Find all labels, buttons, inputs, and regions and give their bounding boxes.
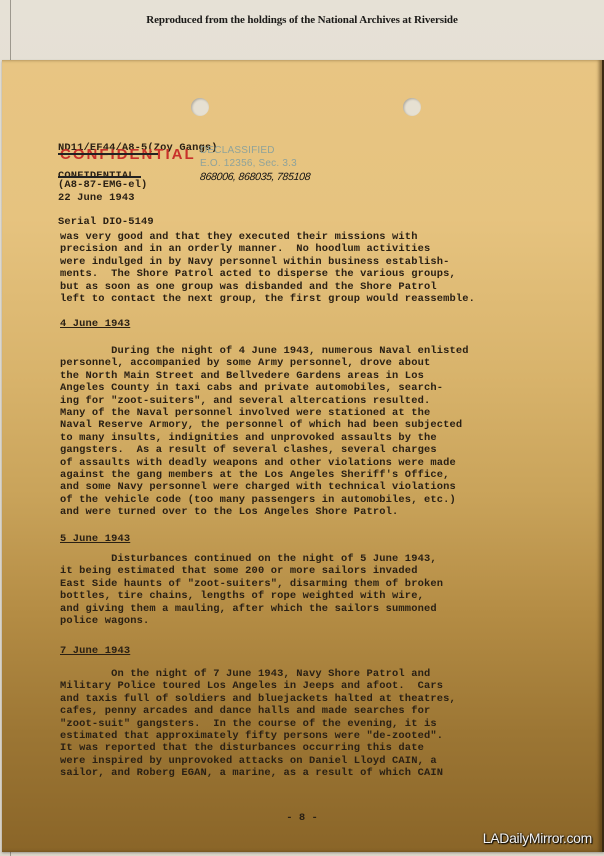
archive-header-note: Reproduced from the holdings of the Nati… xyxy=(0,14,604,26)
section-body: During the night of 4 June 1943, numerou… xyxy=(60,345,469,519)
strike-through-line xyxy=(58,176,141,178)
confidential-red-stamp: CONFIDENTIAL xyxy=(60,147,196,163)
page-number: - 8 - xyxy=(0,812,604,824)
section-body: Disturbances continued on the night of 5… xyxy=(60,553,443,627)
document-date: 22 June 1943 xyxy=(58,192,135,204)
section-body: On the night of 7 June 1943, Navy Shore … xyxy=(60,668,456,780)
declassified-stamp: DECLASSIFIED E.O. 12356, Sec. 3.3 xyxy=(200,144,297,170)
punch-hole-right xyxy=(403,98,421,116)
punch-hole-left xyxy=(191,98,209,116)
strike-through-line xyxy=(58,153,158,155)
continuation-paragraph: was very good and that they executed the… xyxy=(60,231,475,305)
section-heading: 7 June 1943 xyxy=(60,645,130,657)
declassified-authority: E.O. 12356, Sec. 3.3 xyxy=(200,157,297,170)
declassified-label: DECLASSIFIED xyxy=(200,144,297,157)
serial-line: Serial DIO-5149 xyxy=(58,216,218,228)
section-heading: 4 June 1943 xyxy=(60,318,130,330)
site-watermark: LADailyMirror.com xyxy=(483,830,592,846)
section-heading: 5 June 1943 xyxy=(60,533,130,545)
handwritten-reference-numbers: 868006, 868035, 785108 xyxy=(199,171,310,183)
